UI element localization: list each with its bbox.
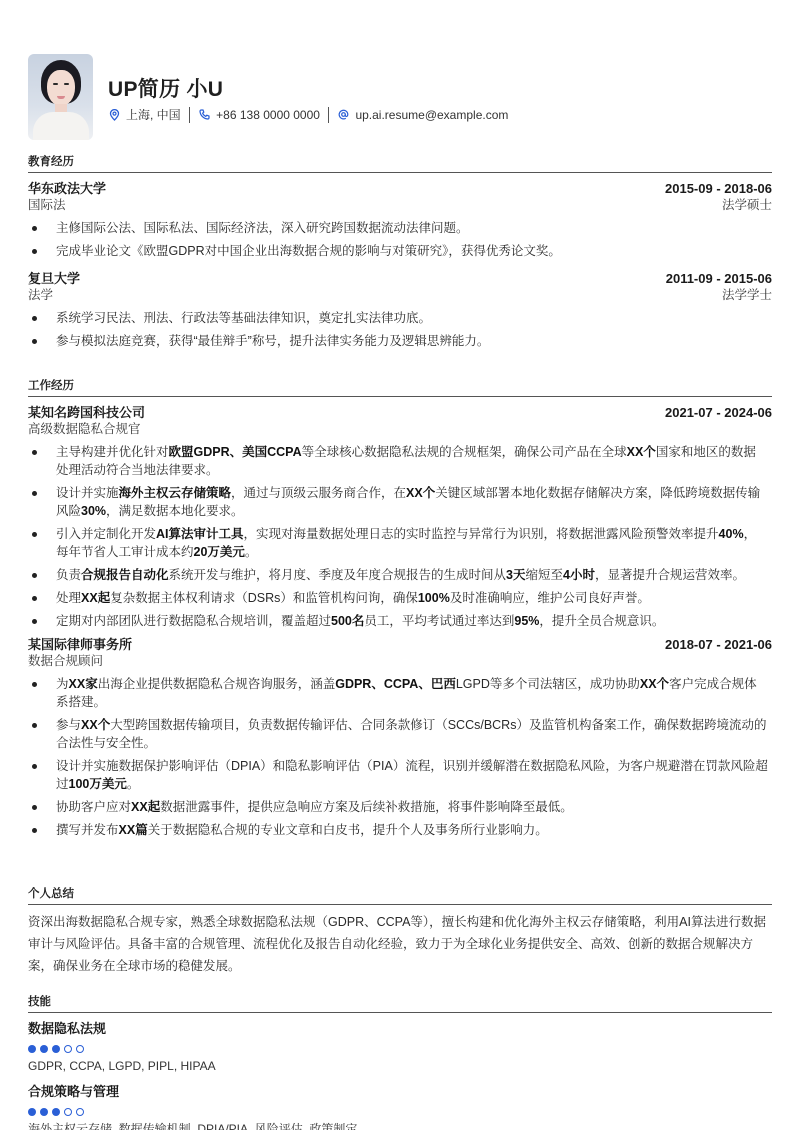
section-title-summary: 个人总结 [28,887,772,905]
candidate-name: UP简历 小U [108,77,508,103]
company-name: 某国际律师事务所 [28,636,132,653]
work-bullets: 为XX家出海企业提供数据隐私合规咨询服务，涵盖GDPR、CCPA、巴西LGPD等… [28,675,772,839]
work-dates: 2018-07 - 2021-06 [665,636,772,653]
highlight-text: XX个 [406,486,435,500]
skill-description: GDPR, CCPA, LGPD, PIPL, HIPAA [28,1058,772,1074]
bullet-item: 参与XX个大型跨国数据传输项目，负责数据传输评估、合同条款修订（SCCs/BCR… [28,716,772,752]
filled-dot-icon [28,1045,36,1053]
empty-dot-icon [64,1045,72,1053]
job-title: 数据合规顾问 [28,653,103,670]
school-name: 复旦大学 [28,270,80,287]
bullet-item: 处理XX起复杂数据主体权利请求（DSRs）和监管机构问询，确保100%及时准确响… [28,589,772,607]
company-name: 某知名跨国科技公司 [28,404,145,421]
school-name: 华东政法大学 [28,180,106,197]
filled-dot-icon [40,1108,48,1116]
filled-dot-icon [28,1108,36,1116]
skill-description: 海外主权云存储, 数据传输机制, DPIA/PIA, 风险评估, 政策制定 [28,1121,772,1130]
section-title-work: 工作经历 [28,379,772,397]
highlight-text: XX个 [627,445,656,459]
bullet-item: 设计并实施海外主权云存储策略，通过与顶级云服务商合作，在XX个关键区域部署本地化… [28,484,772,520]
location-text: 上海, 中国 [126,106,181,123]
highlight-text: 500名 [331,614,364,628]
highlight-text: XX个 [81,718,110,732]
highlight-text: XX家 [69,677,98,691]
highlight-text: AI算法审计工具 [156,527,244,541]
resume-header: UP简历 小U 上海, 中国 +86 138 0000 0000 [28,54,772,140]
bullet-item: 撰写并发布XX篇关于数据隐私合规的专业文章和白皮书，提升个人及事务所行业影响力。 [28,821,772,839]
highlight-text: XX篇 [119,823,148,837]
bullet-item: 设计并实施数据保护影响评估（DPIA）和隐私影响评估（PIA）流程，识别并缓解潜… [28,757,772,793]
skills-section: 技能 数据隐私法规 GDPR, CCPA, LGPD, PIPL, HIPAA … [28,995,772,1130]
summary-text: 资深出海数据隐私合规专家，熟悉全球数据隐私法规（GDPR、CCPA等），擅长构建… [28,911,772,977]
education-dates: 2015-09 - 2018-06 [665,180,772,197]
highlight-text: GDPR、CCPA、巴西 [335,677,456,691]
bullet-item: 系统学习民法、刑法、行政法等基础法律知识，奠定扎实法律功底。 [28,309,772,327]
skill-item: 数据隐私法规 GDPR, CCPA, LGPD, PIPL, HIPAA [28,1019,772,1074]
bullet-item: 引入并定制化开发AI算法审计工具，实现对海量数据处理日志的实时监控与异常行为识别… [28,525,772,561]
contact-row: 上海, 中国 +86 138 0000 0000 up.ai.resume@ex… [108,106,508,123]
phone-text[interactable]: +86 138 0000 0000 [216,108,320,122]
filled-dot-icon [40,1045,48,1053]
degree: 法学学士 [722,287,772,304]
job-title: 高级数据隐私合规官 [28,421,141,438]
empty-dot-icon [64,1108,72,1116]
bullet-item: 主导构建并优化针对欧盟GDPR、美国CCPA等全球核心数据隐私法规的合规框架，确… [28,443,772,479]
bullet-item: 定期对内部团队进行数据隐私合规培训，覆盖超过500名员工，平均考试通过率达到95… [28,612,772,630]
email-text[interactable]: up.ai.resume@example.com [355,108,508,122]
highlight-text: 海外主权云存储策略 [119,486,232,500]
work-entry: 某知名跨国科技公司 2021-07 - 2024-06 高级数据隐私合规官 主导… [28,404,772,630]
major: 国际法 [28,197,66,214]
bullet-item: 负责合规报告自动化系统开发与维护，将月度、季度及年度合规报告的生成时间从3天缩短… [28,566,772,584]
highlight-text: 合规报告自动化 [81,568,169,582]
highlight-text: 30% [81,504,106,518]
highlight-text: 95% [514,614,539,628]
highlight-text: 欧盟GDPR、美国CCPA [169,445,302,459]
resume-page: UP简历 小U 上海, 中国 +86 138 0000 0000 [0,0,800,1130]
filled-dot-icon [52,1108,60,1116]
highlight-text: 40% [719,527,744,541]
education-entry: 华东政法大学 2015-09 - 2018-06 国际法 法学硕士 主修国际公法… [28,180,772,260]
contact-email: up.ai.resume@example.com [337,108,508,122]
email-at-icon [337,109,349,121]
skill-name: 合规策略与管理 [28,1082,772,1102]
work-bullets: 主导构建并优化针对欧盟GDPR、美国CCPA等全球核心数据隐私法规的合规框架，确… [28,443,772,630]
education-bullets: 系统学习民法、刑法、行政法等基础法律知识，奠定扎实法律功底。 参与模拟法庭竞赛，… [28,309,772,350]
skill-level-rating [28,1044,772,1053]
section-title-education: 教育经历 [28,155,772,173]
filled-dot-icon [52,1045,60,1053]
work-section: 工作经历 某知名跨国科技公司 2021-07 - 2024-06 高级数据隐私合… [28,379,772,844]
section-title-skills: 技能 [28,995,772,1013]
skill-item: 合规策略与管理 海外主权云存储, 数据传输机制, DPIA/PIA, 风险评估,… [28,1082,772,1130]
highlight-text: XX个 [640,677,669,691]
education-section: 教育经历 华东政法大学 2015-09 - 2018-06 国际法 法学硕士 主… [28,155,772,355]
education-entry: 复旦大学 2011-09 - 2015-06 法学 法学学士 系统学习民法、刑法… [28,270,772,350]
major: 法学 [28,287,53,304]
phone-icon [198,109,210,121]
highlight-text: XX起 [81,591,110,605]
degree: 法学硕士 [722,197,772,214]
bullet-item: 参与模拟法庭竞赛，获得“最佳辩手”称号，提升法律实务能力及逻辑思辨能力。 [28,332,772,350]
highlight-text: 4小时 [563,568,595,582]
education-bullets: 主修国际公法、国际私法、国际经济法，深入研究跨国数据流动法律问题。 完成毕业论文… [28,219,772,260]
summary-section: 个人总结 资深出海数据隐私合规专家，熟悉全球数据隐私法规（GDPR、CCPA等）… [28,887,772,977]
empty-dot-icon [76,1108,84,1116]
highlight-text: 3天 [506,568,525,582]
contact-phone: +86 138 0000 0000 [198,108,320,122]
bullet-item: 为XX家出海企业提供数据隐私合规咨询服务，涵盖GDPR、CCPA、巴西LGPD等… [28,675,772,711]
highlight-text: 20万美元 [194,545,245,559]
skill-name: 数据隐私法规 [28,1019,772,1039]
work-entry: 某国际律师事务所 2018-07 - 2021-06 数据合规顾问 为XX家出海… [28,636,772,839]
profile-photo [28,54,93,140]
bullet-item: 主修国际公法、国际私法、国际经济法，深入研究跨国数据流动法律问题。 [28,219,772,237]
contact-divider [189,107,191,123]
contact-location: 上海, 中国 [108,106,181,123]
highlight-text: 100万美元 [69,777,127,791]
highlight-text: 100% [418,591,450,605]
bullet-item: 完成毕业论文《欧盟GDPR对中国企业出海数据合规的影响与对策研究》，获得优秀论文… [28,242,772,260]
location-pin-icon [108,109,120,121]
empty-dot-icon [76,1045,84,1053]
education-dates: 2011-09 - 2015-06 [666,270,772,287]
contact-divider [328,107,330,123]
bullet-item: 协助客户应对XX起数据泄露事件，提供应急响应方案及后续补救措施，将事件影响降至最… [28,798,772,816]
skill-level-rating [28,1107,772,1116]
work-dates: 2021-07 - 2024-06 [665,404,772,421]
highlight-text: XX起 [131,800,160,814]
